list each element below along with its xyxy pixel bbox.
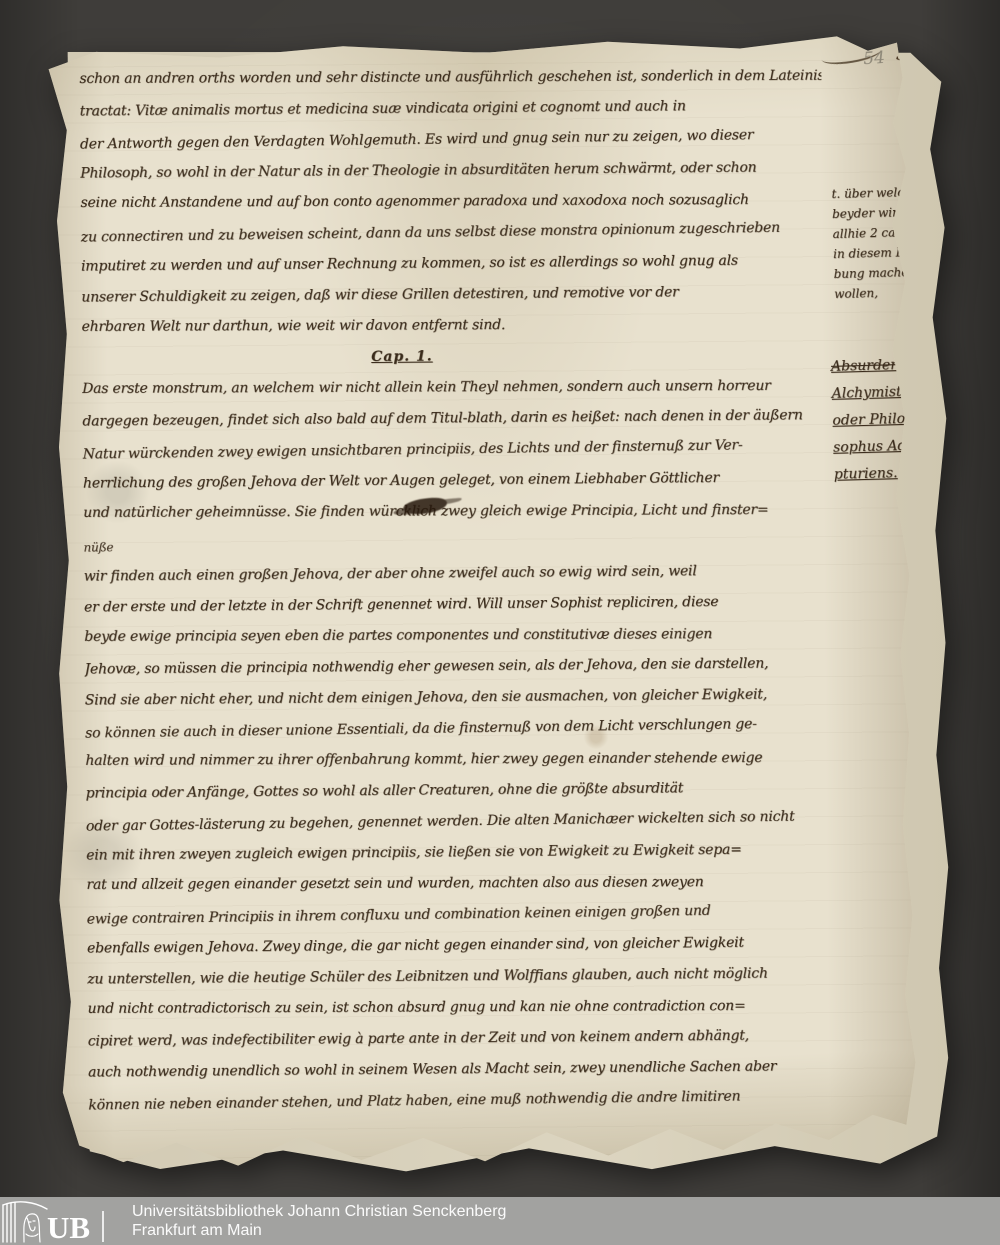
manuscript-line: schon an andren orths worden und sehr di… <box>79 61 821 95</box>
digitized-manuscript-viewer: { "viewer": { "background_color": "#3e3c… <box>0 0 1000 1245</box>
manuscript-line: Das erste monstrum, an welchem wir nicht… <box>82 371 824 405</box>
manuscript-line: beyde ewige principia seyen eben die par… <box>84 619 826 653</box>
manuscript-line: halten wird und nimmer zu ihrer offenbah… <box>85 743 827 777</box>
library-city: Frankfurt am Main <box>132 1221 506 1240</box>
manuscript-line: zu unterstellen, wie die heutige Schüler… <box>87 958 829 995</box>
manuscript-text: schon an andren orths worden und sehr di… <box>79 59 830 1119</box>
manuscript-page: 54 5. schon an andren orths worden und s… <box>43 32 935 1172</box>
page-number-pencil: 54 <box>863 48 886 70</box>
manuscript-scan[interactable]: 54 5. schon an andren orths worden und s… <box>0 0 1000 1197</box>
library-name: Universitätsbibliothek Johann Christian … <box>132 1202 506 1221</box>
ub-logo-text: UB <box>47 1210 90 1244</box>
goethe-portrait-icon <box>24 1214 40 1242</box>
manuscript-line: ehrbaren Welt nur darthun, wie weit wir … <box>82 309 824 343</box>
library-footer-bar: UB Universitätsbibliothek Johann Christi… <box>0 1197 1000 1245</box>
manuscript-line: er der erste und der letzte in der Schri… <box>84 586 826 623</box>
manuscript-line: unserer Schuldigkeit zu zeigen, daß wir … <box>81 276 823 313</box>
scan-background: 54 5. schon an andren orths worden und s… <box>0 0 1000 1197</box>
ub-logo-graphic: UB <box>0 1198 108 1244</box>
chapter-heading: Cap. 1. <box>371 341 433 373</box>
manuscript-line: und nicht contradictorisch zu sein, ist … <box>87 991 829 1025</box>
margin-note: wollen, <box>834 281 960 304</box>
library-name-block: Universitätsbibliothek Johann Christian … <box>132 1202 506 1240</box>
margin-note: bung machen <box>833 261 959 284</box>
manuscript-lines-top: schon an andren orths worden und sehr di… <box>79 59 823 344</box>
ub-logo: UB <box>0 1197 112 1245</box>
manuscript-lines-body: Das erste monstrum, an welchem wir nicht… <box>82 369 830 1119</box>
